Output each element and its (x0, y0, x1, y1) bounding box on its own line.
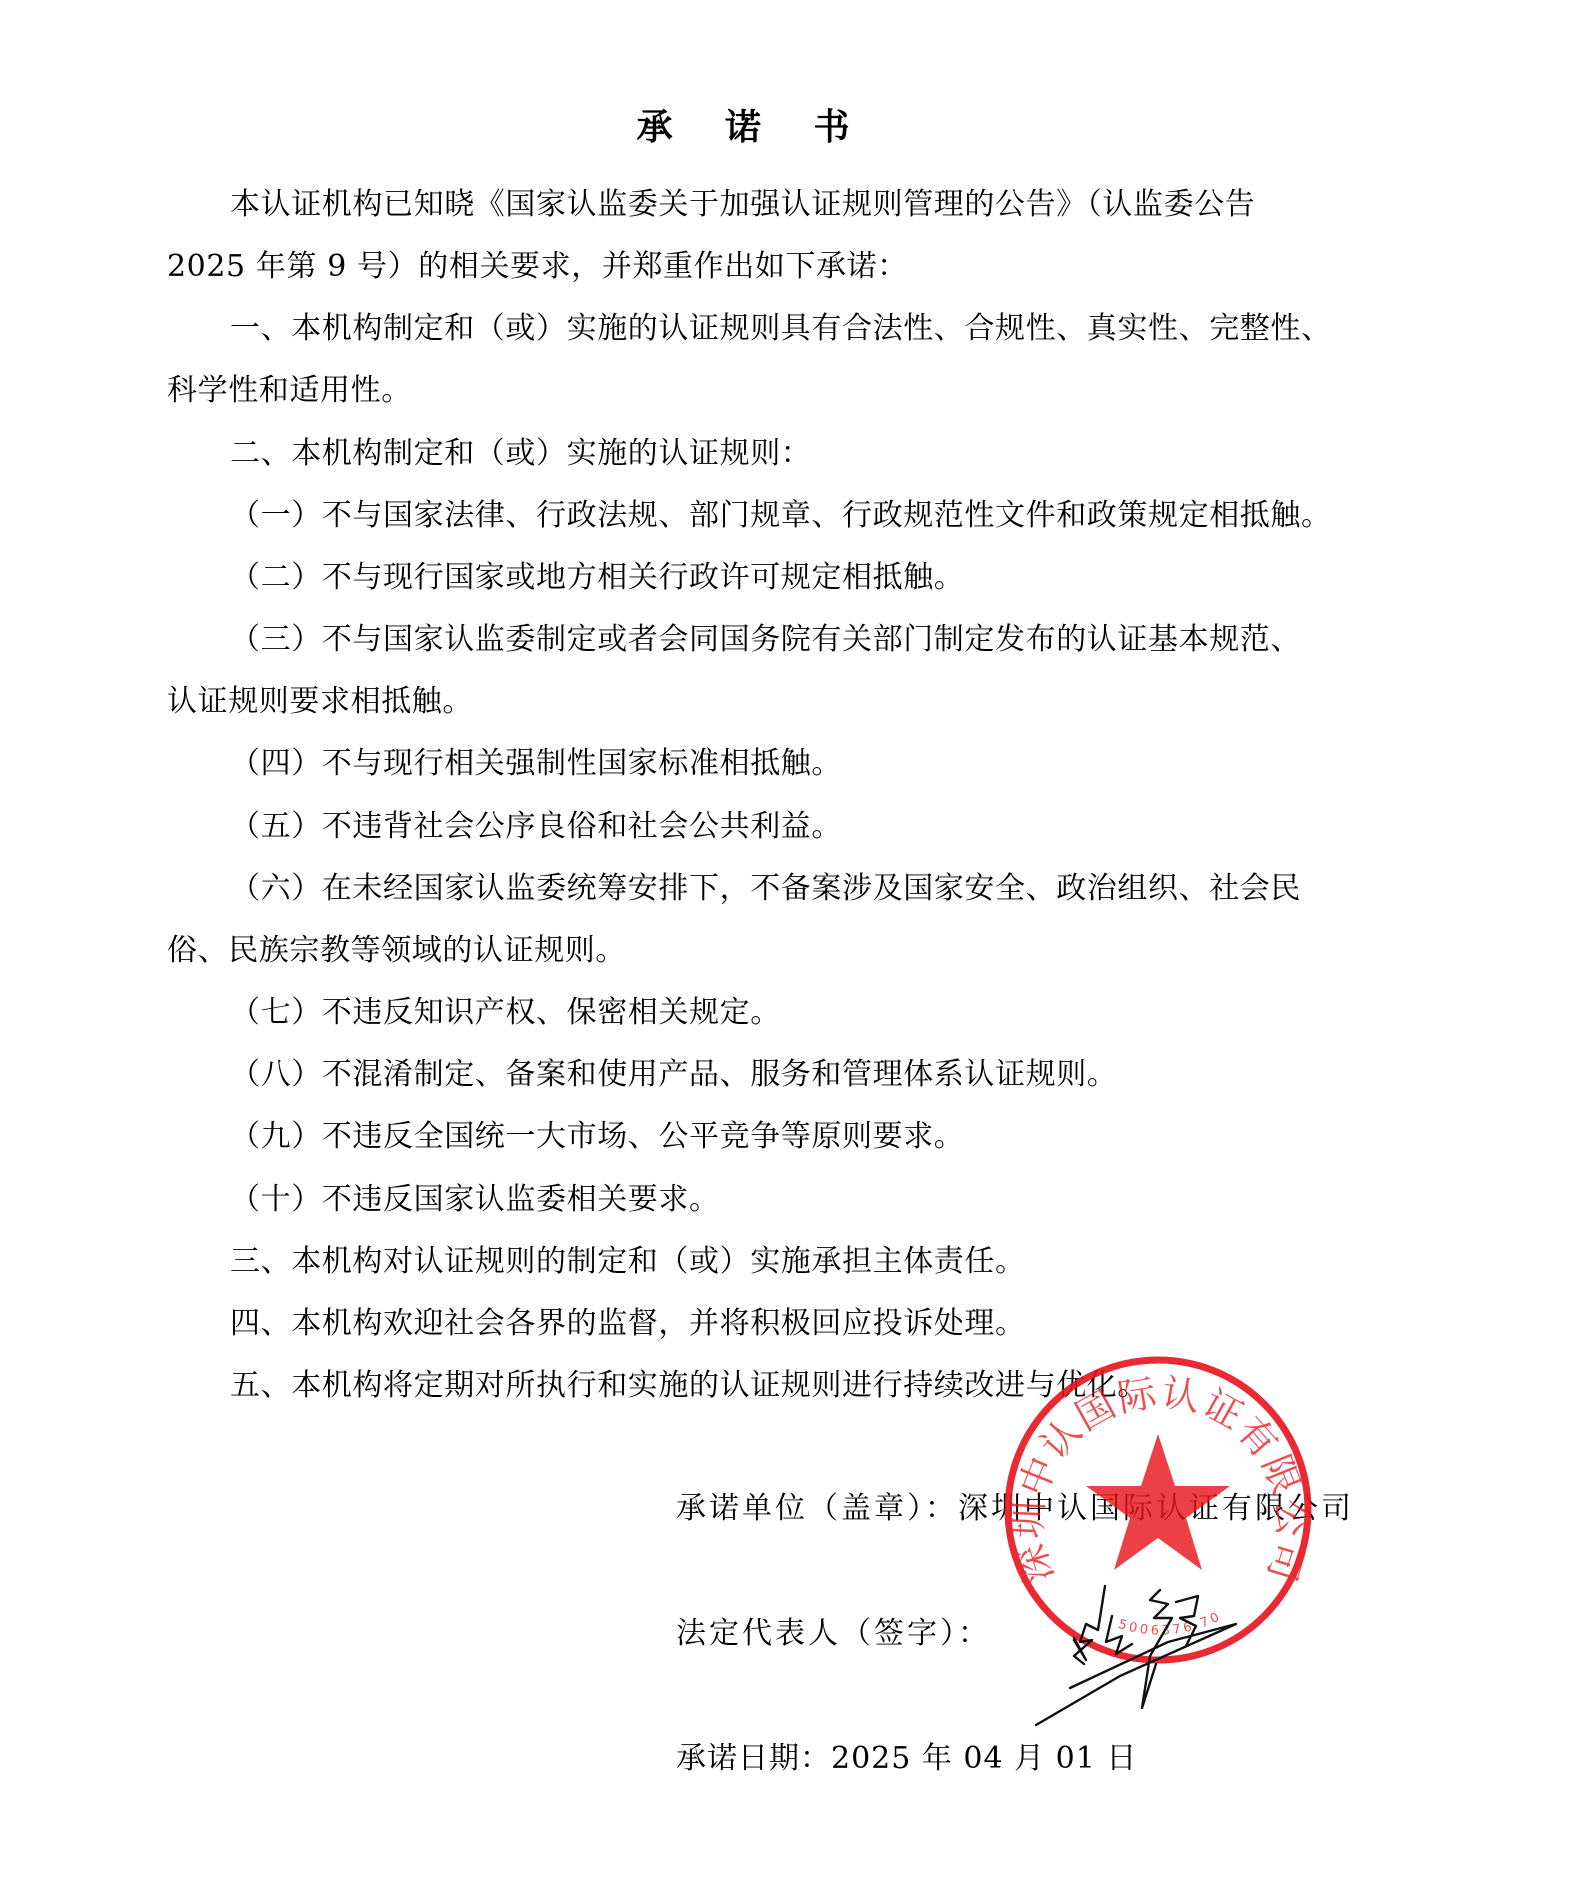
subitem-4: （四）不与现行相关强制性国家标准相抵触。 (230, 746, 842, 782)
handwritten-signature-icon (1000, 1560, 1240, 1730)
intro-line-2: 2025 年第 9 号）的相关要求，并郑重作出如下承诺： (167, 249, 908, 285)
subitem-1: （一）不与国家法律、行政法规、部门规章、行政规范性文件和政策规定相抵触。 (230, 498, 1332, 534)
date-value: 2025 年 04 月 01 日 (831, 1741, 1137, 1776)
document-page: 承 诺 书 本认证机构已知晓《国家认监委关于加强认证规则管理的公告》（认监委公告… (0, 0, 1587, 1887)
subitem-5: （五）不违背社会公序良俗和社会公共利益。 (230, 809, 842, 845)
subitem-8: （八）不混淆制定、备案和使用产品、服务和管理体系认证规则。 (230, 1057, 1117, 1093)
document-title: 承 诺 书 (0, 104, 1506, 152)
subitem-6-line-1: （六）在未经国家认监委统筹安排下，不备案涉及国家安全、政治组织、社会民 (230, 871, 1301, 907)
subitem-9: （九）不违反全国统一大市场、公平竞争等原则要求。 (230, 1119, 964, 1155)
subitem-7: （七）不违反知识产权、保密相关规定。 (230, 995, 781, 1031)
subitem-10: （十）不违反国家认监委相关要求。 (230, 1182, 720, 1218)
commitment-5: 五、本机构将定期对所执行和实施的认证规则进行持续改进与优化。 (230, 1368, 1148, 1404)
subitem-3-line-2: 认证规则要求相抵触。 (167, 684, 473, 720)
commitment-2-heading: 二、本机构制定和（或）实施的认证规则： (230, 436, 811, 472)
subitem-6-line-2: 俗、民族宗教等领域的认证规则。 (167, 933, 626, 969)
subitem-3-line-1: （三）不与国家认监委制定或者会同国务院有关部门制定发布的认证基本规范、 (230, 622, 1301, 658)
seal-number-text: 5006376 70 (1116, 1609, 1224, 1639)
date-label: 承诺日期： (676, 1741, 831, 1776)
commitment-4: 四、本机构欢迎社会各界的监督，并将积极回应投诉处理。 (230, 1306, 1026, 1342)
commitment-1-line-1: 一、本机构制定和（或）实施的认证规则具有合法性、合规性、真实性、完整性、 (230, 311, 1332, 347)
legal-rep-row: 法定代表人（签字）： (676, 1616, 991, 1652)
commitment-3: 三、本机构对认证规则的制定和（或）实施承担主体责任。 (230, 1244, 1026, 1280)
legal-rep-label: 法定代表人（签字）： (676, 1616, 991, 1651)
intro-line-1: 本认证机构已知晓《国家认监委关于加强认证规则管理的公告》（认监委公告 (230, 187, 1255, 223)
subitem-2: （二）不与现行国家或地方相关行政许可规定相抵触。 (230, 560, 964, 596)
commitment-date-row: 承诺日期：2025 年 04 月 01 日 (676, 1741, 1137, 1777)
commitment-1-line-2: 科学性和适用性。 (167, 373, 412, 409)
signing-unit-name: 深圳中认国际认证有限公司 (958, 1491, 1354, 1526)
signing-unit-row: 承诺单位（盖章）：深圳中认国际认证有限公司 (676, 1491, 1354, 1527)
svg-text:5006376 70: 5006376 70 (1116, 1609, 1224, 1639)
signing-unit-label: 承诺单位（盖章）： (676, 1491, 958, 1526)
